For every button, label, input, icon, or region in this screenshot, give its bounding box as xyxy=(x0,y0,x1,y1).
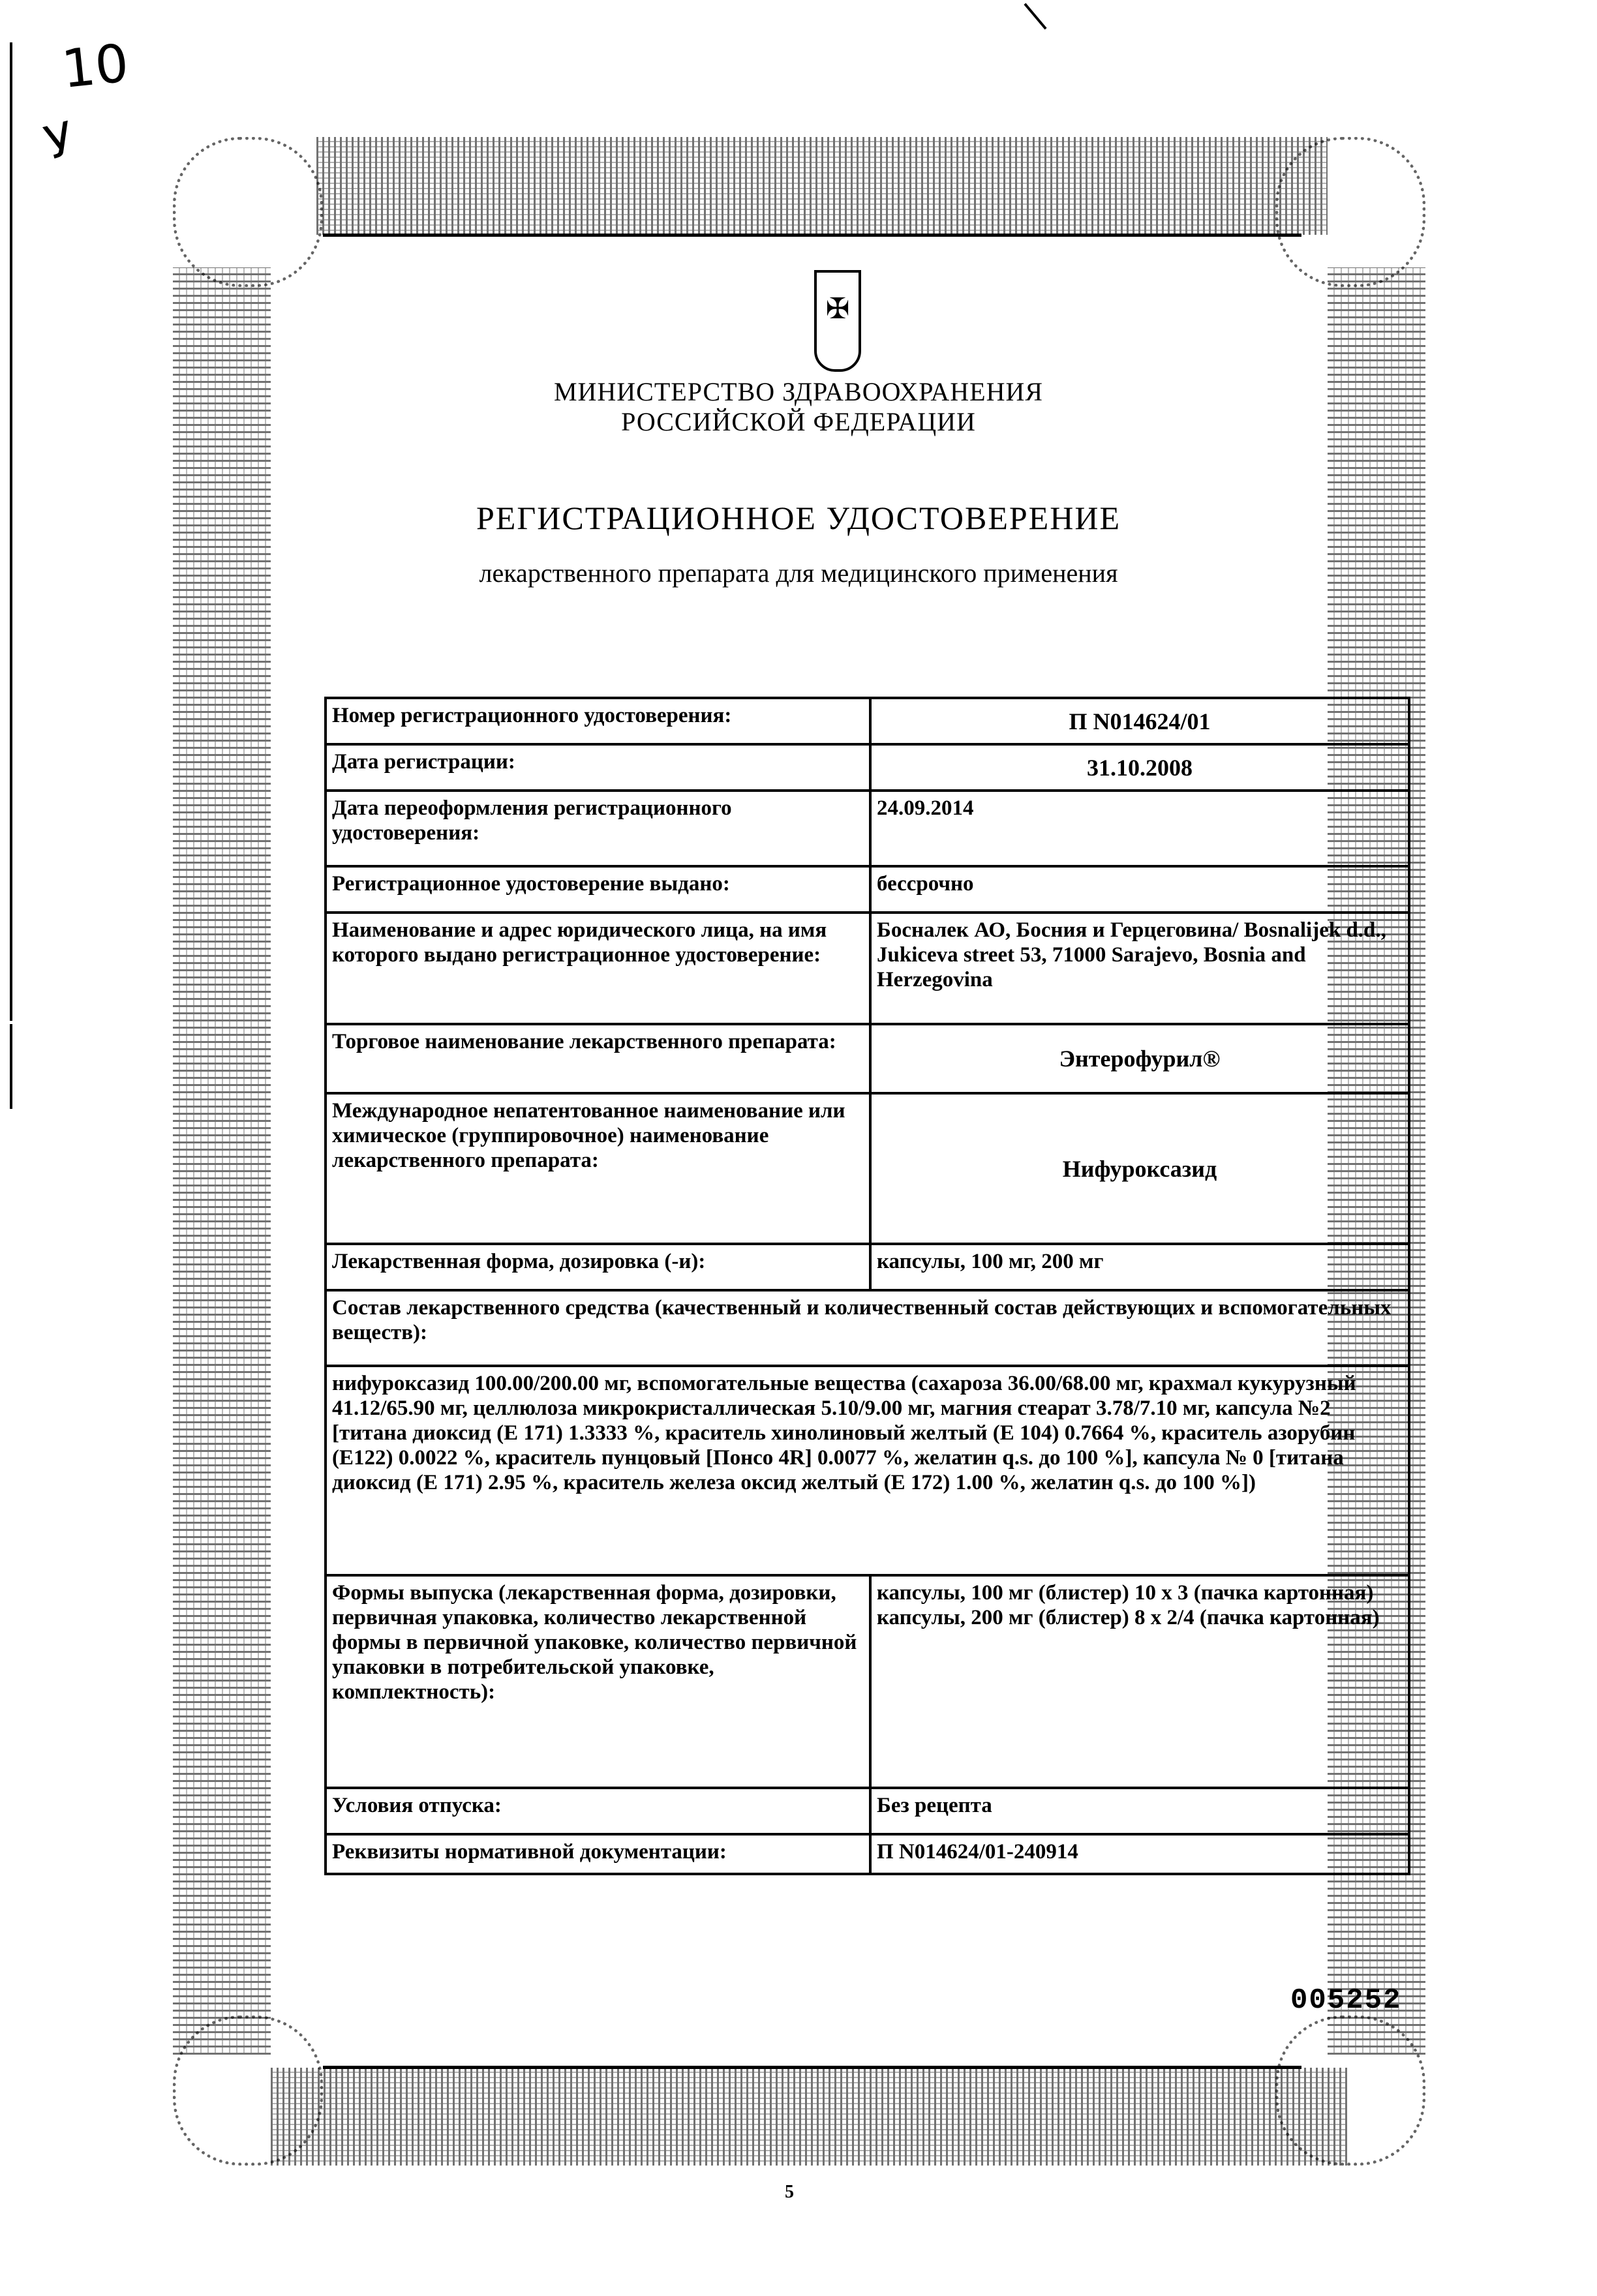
margin-line xyxy=(10,1024,12,1109)
frame-corner xyxy=(1275,2016,1425,2166)
eagle-icon: ✠ xyxy=(817,292,859,325)
registration-number: П N014624/01 xyxy=(870,698,1409,744)
coat-of-arms-icon: ✠ xyxy=(814,270,861,372)
table-row: Регистрационное удостоверение выдано: бе… xyxy=(326,866,1409,913)
inn-name: Нифуроксазид xyxy=(870,1093,1409,1244)
release-form-200mg: капсулы, 200 мг (блистер) 8 х 2/4 (пачка… xyxy=(877,1605,1403,1630)
registration-table: Номер регистрационного удостоверения: П … xyxy=(324,697,1410,1875)
trade-name: Энтерофурил® xyxy=(870,1024,1409,1093)
row-label: Международное непатентованное наименован… xyxy=(326,1093,870,1244)
frame-corner xyxy=(1275,137,1425,287)
table-row: Формы выпуска (лекарственная форма, дози… xyxy=(326,1575,1409,1788)
frame-corner xyxy=(173,137,323,287)
frame-rule xyxy=(323,234,1301,237)
row-label: Номер регистрационного удостоверения: xyxy=(326,698,870,744)
table-row: Торговое наименование лекарственного пре… xyxy=(326,1024,1409,1093)
table-row: нифуроксазид 100.00/200.00 мг, вспомогат… xyxy=(326,1366,1409,1575)
handwritten-mark: У xyxy=(39,112,80,170)
dispensing-conditions: Без рецепта xyxy=(870,1788,1409,1834)
frame-corner xyxy=(173,2016,323,2166)
validity: бессрочно xyxy=(870,866,1409,913)
frame-rule xyxy=(323,2066,1301,2069)
row-label: Условия отпуска: xyxy=(326,1788,870,1834)
normative-doc: П N014624/01-240914 xyxy=(870,1834,1409,1874)
registration-date: 31.10.2008 xyxy=(870,744,1409,791)
table-row: Условия отпуска: Без рецепта xyxy=(326,1788,1409,1834)
row-label: Дата переоформления регистрационного удо… xyxy=(326,791,870,866)
composition-heading: Состав лекарственного средства (качестве… xyxy=(326,1290,1409,1366)
table-row: Наименование и адрес юридического лица, … xyxy=(326,913,1409,1024)
table-row: Дата регистрации: 31.10.2008 xyxy=(326,744,1409,791)
ministry-line-1: МИНИСТЕРСТВО ЗДРАВООХРАНЕНИЯ xyxy=(0,377,1597,407)
scan-mark xyxy=(1024,3,1046,30)
document-title: РЕГИСТРАЦИОННОЕ УДОСТОВЕРЕНИЕ xyxy=(0,499,1597,537)
page-mark: 5 xyxy=(785,2182,794,2203)
row-label: Формы выпуска (лекарственная форма, дози… xyxy=(326,1575,870,1788)
dosage-form: капсулы, 100 мг, 200 мг xyxy=(870,1244,1409,1290)
reissue-date: 24.09.2014 xyxy=(870,791,1409,866)
table-row: Лекарственная форма, дозировка (-и): кап… xyxy=(326,1244,1409,1290)
release-form-100mg: капсулы, 100 мг (блистер) 10 х 3 (пачка … xyxy=(877,1580,1403,1605)
table-row: Номер регистрационного удостоверения: П … xyxy=(326,698,1409,744)
holder-name-address: Босналек АО, Босния и Герцеговина/ Bosna… xyxy=(870,913,1409,1024)
serial-number: 005252 xyxy=(1290,1984,1401,2017)
handwritten-page-number: 10 xyxy=(59,33,131,100)
row-label: Торговое наименование лекарственного пре… xyxy=(326,1024,870,1093)
table-row: Состав лекарственного средства (качестве… xyxy=(326,1290,1409,1366)
row-label: Лекарственная форма, дозировка (-и): xyxy=(326,1244,870,1290)
table-row: Дата переоформления регистрационного удо… xyxy=(326,791,1409,866)
table-row: Международное непатентованное наименован… xyxy=(326,1093,1409,1244)
document-subtitle: лекарственного препарата для медицинског… xyxy=(0,558,1597,588)
row-label: Наименование и адрес юридического лица, … xyxy=(326,913,870,1024)
row-label: Реквизиты нормативной документации: xyxy=(326,1834,870,1874)
composition-text: нифуроксазид 100.00/200.00 мг, вспомогат… xyxy=(326,1366,1409,1575)
frame-band-bottom xyxy=(271,2068,1347,2166)
frame-band-top xyxy=(316,137,1328,235)
row-label: Регистрационное удостоверение выдано: xyxy=(326,866,870,913)
table-row: Реквизиты нормативной документации: П N0… xyxy=(326,1834,1409,1874)
ministry-name: МИНИСТЕРСТВО ЗДРАВООХРАНЕНИЯ РОССИЙСКОЙ … xyxy=(0,377,1597,437)
ministry-line-2: РОССИЙСКОЙ ФЕДЕРАЦИИ xyxy=(0,407,1597,437)
row-label: Дата регистрации: xyxy=(326,744,870,791)
release-forms: капсулы, 100 мг (блистер) 10 х 3 (пачка … xyxy=(870,1575,1409,1788)
